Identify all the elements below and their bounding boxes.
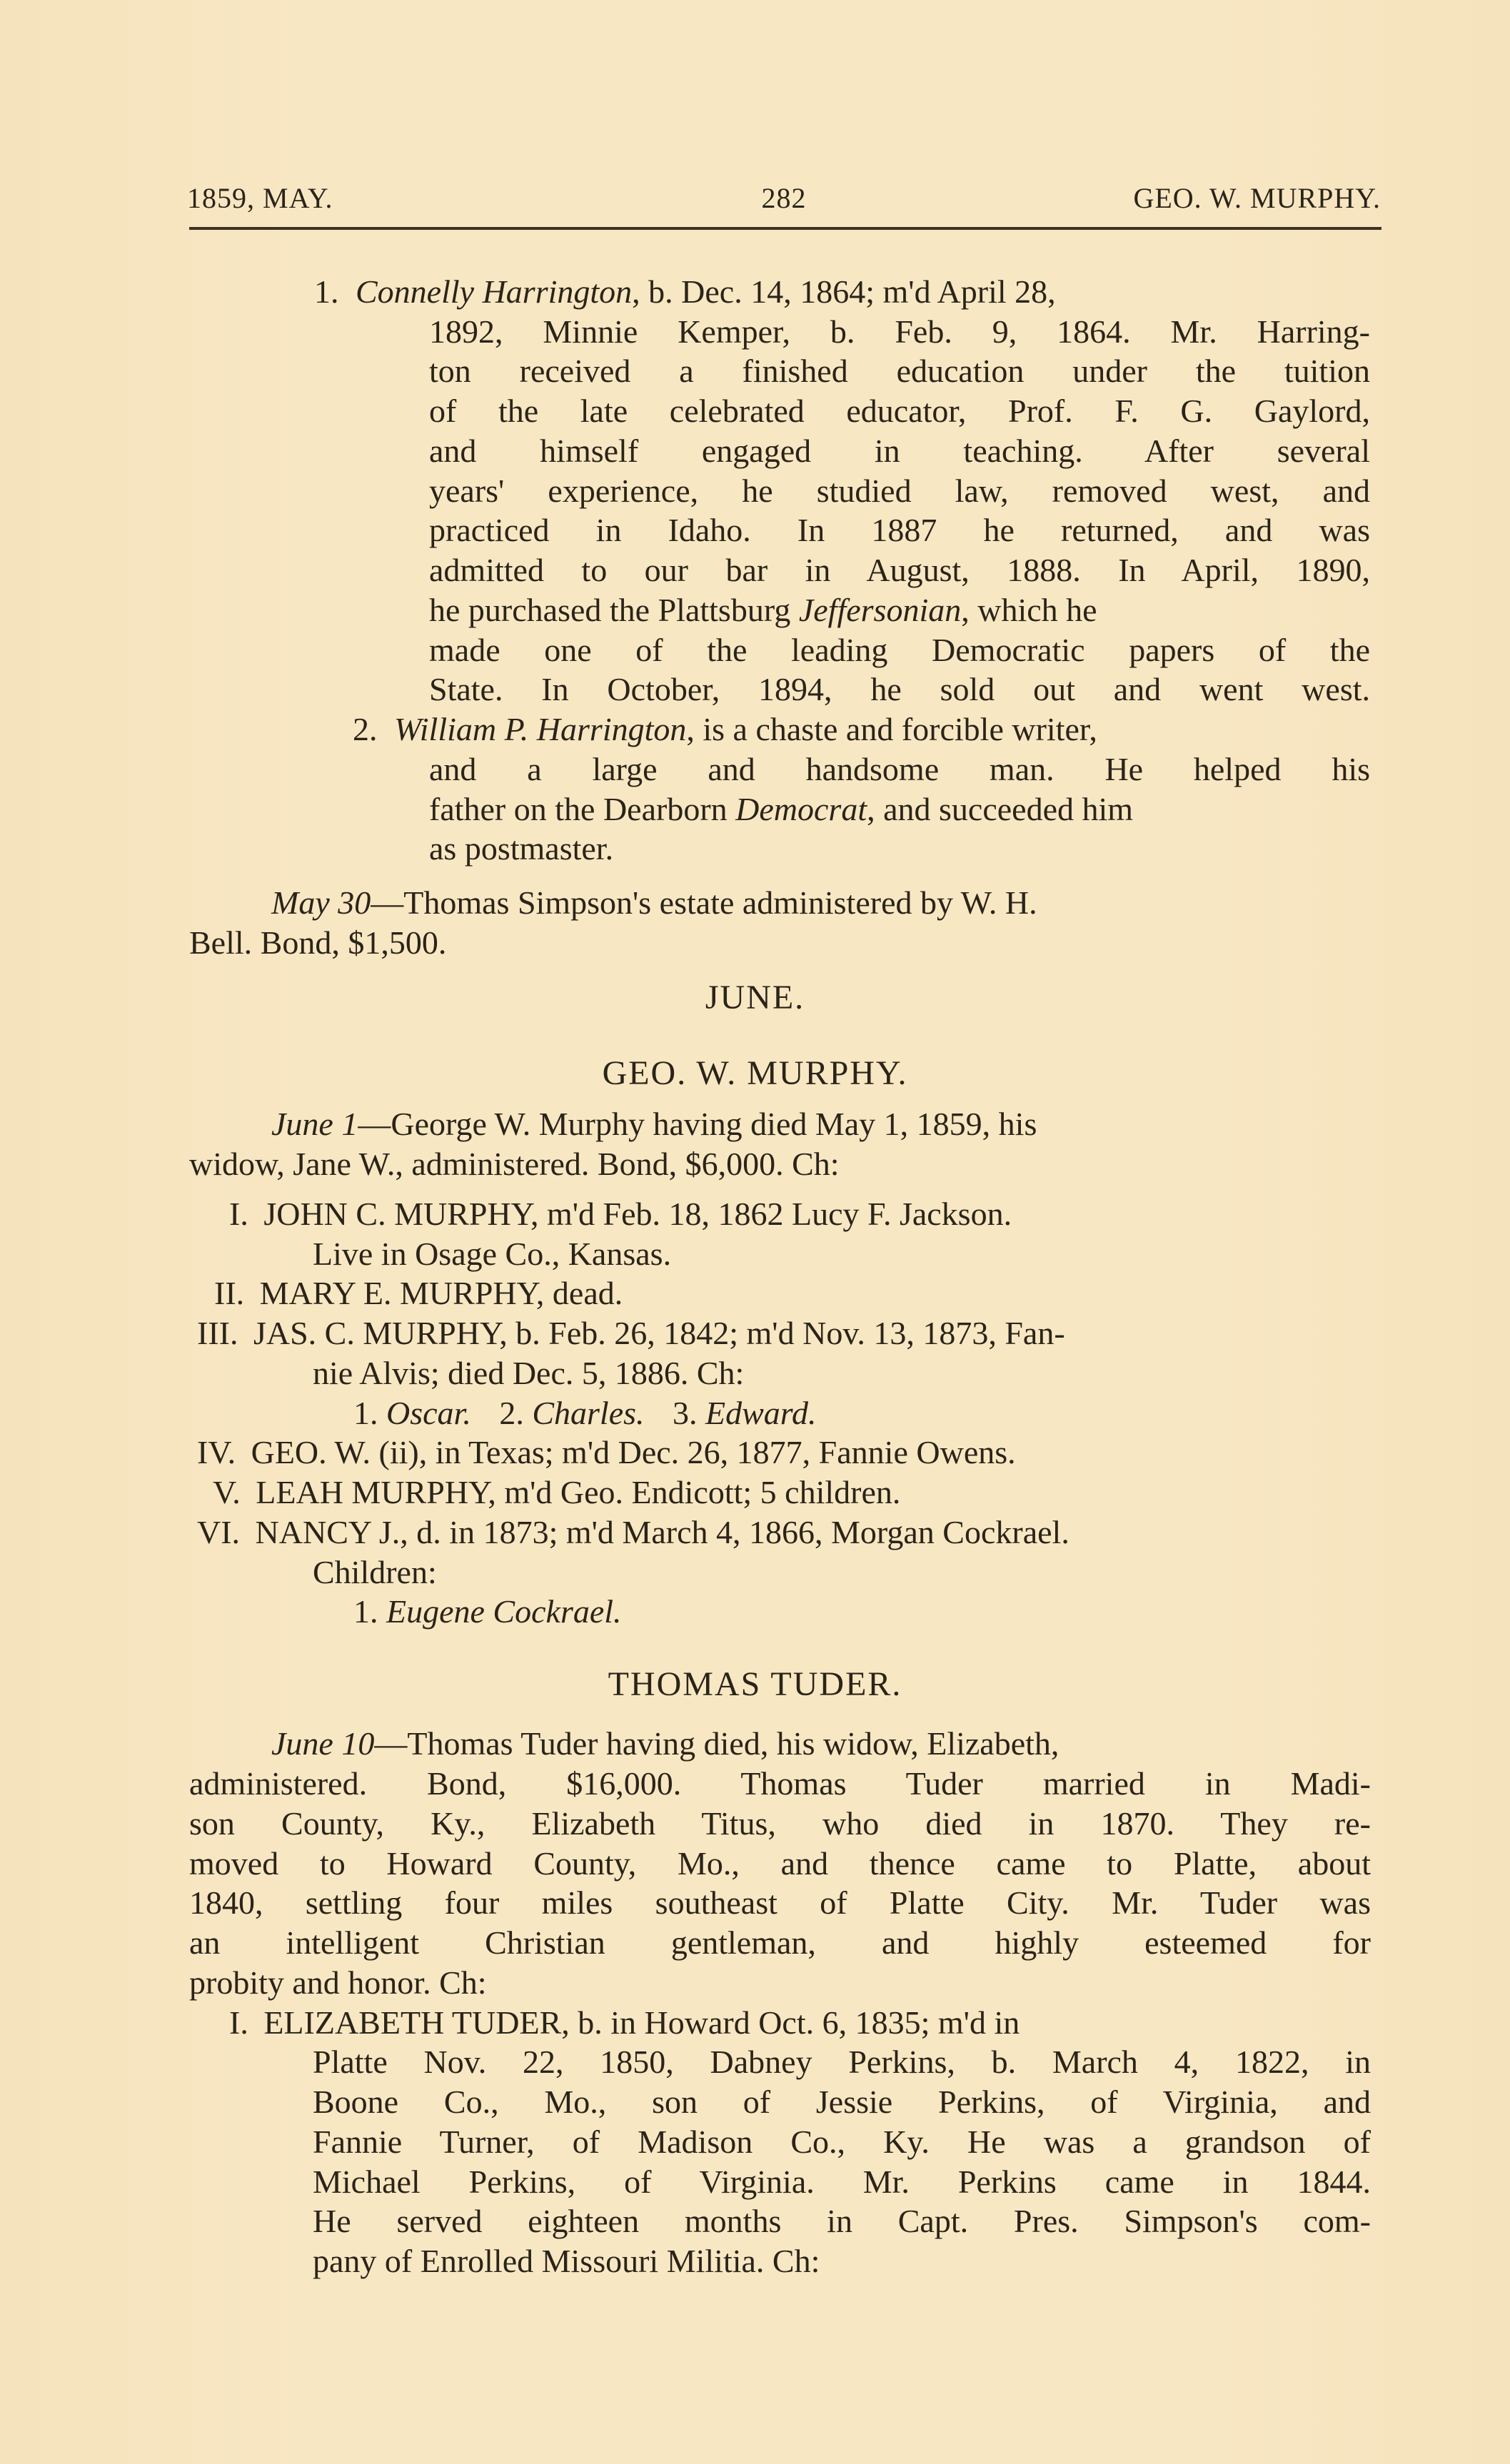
list-item: III. JAS. C. MURPHY, b. Feb. 26, 1842; m… — [197, 1313, 1065, 1353]
list-item: VI. NANCY J., d. in 1873; m'd March 4, 1… — [197, 1513, 1069, 1552]
text-line: State. In October, 1894, he sold out and… — [429, 670, 1370, 710]
text-line: June 1—George W. Murphy having died May … — [271, 1104, 1371, 1144]
text-span: GEO. W. (ii), in Texas; m'd Dec. 26, 187… — [251, 1434, 1016, 1470]
text-line: made one of the leading Democratic paper… — [429, 630, 1370, 670]
text-line: , b. Dec. 14, 1864; m'd April 28, — [632, 273, 1055, 310]
text-line: son County, Ky., Elizabeth Titus, who di… — [189, 1804, 1371, 1844]
text-span: —Thomas Simpson's estate administered by… — [371, 884, 1037, 921]
roman-numeral: III. — [197, 1315, 238, 1351]
roman-numeral: I. — [229, 1196, 248, 1232]
text-line: Boone Co., Mo., son of Jessie Perkins, o… — [313, 2082, 1371, 2122]
text-span: —George W. Murphy having died May 1, 185… — [358, 1106, 1037, 1142]
item-number: 2. — [499, 1395, 524, 1431]
month-heading: JUNE. — [0, 978, 1510, 1017]
text-span: , and succeeded him — [867, 791, 1133, 827]
text-line: and a large and handsome man. He helped … — [429, 749, 1370, 789]
book-page: 1859, MAY. 282 GEO. W. MURPHY. 1. Connel… — [0, 0, 1510, 2464]
list-item: I. JOHN C. MURPHY, m'd Feb. 18, 1862 Luc… — [229, 1194, 1012, 1234]
list-item: 1. Connelly Harrington, b. Dec. 14, 1864… — [314, 272, 1371, 312]
running-head: 1859, MAY. 282 GEO. W. MURPHY. — [187, 178, 1381, 218]
newspaper-name: Jeffersonian — [799, 592, 961, 628]
text-span: MARY E. MURPHY, dead. — [260, 1275, 623, 1311]
text-line: probity and honor. Ch: — [189, 1963, 487, 2003]
child-name: Edward. — [705, 1395, 816, 1431]
roman-numeral: I. — [229, 2004, 248, 2041]
text-span: , which he — [961, 592, 1097, 628]
text-line: Platte Nov. 22, 1850, Dabney Perkins, b.… — [313, 2042, 1371, 2082]
newspaper-name: Democrat — [735, 791, 867, 827]
section-heading-murphy: GEO. W. MURPHY. — [0, 1054, 1510, 1093]
text-line: administered. Bond, $16,000. Thomas Tude… — [189, 1764, 1371, 1804]
item-number: 3. — [673, 1395, 698, 1431]
text-line: as postmaster. — [429, 829, 613, 869]
text-span: father on the Dearborn — [429, 791, 735, 827]
text-line: he purchased the Plattsburg Jeffersonian… — [429, 590, 1370, 630]
list-item: IV. GEO. W. (ii), in Texas; m'd Dec. 26,… — [197, 1433, 1016, 1473]
text-span: ELIZABETH TUDER, b. in Howard Oct. 6, 18… — [263, 2004, 1020, 2041]
text-line: Michael Perkins, of Virginia. Mr. Perkin… — [313, 2162, 1371, 2202]
text-span: —Thomas Tuder having died, his widow, El… — [374, 1725, 1059, 1762]
child-name: William P. Harrington — [394, 711, 686, 747]
item-number: 1. — [353, 1593, 378, 1630]
list-item: I. ELIZABETH TUDER, b. in Howard Oct. 6,… — [229, 2003, 1371, 2043]
list-item: 2. William P. Harrington, is a chaste an… — [353, 710, 1371, 749]
text-line: , is a chaste and forcible writer, — [686, 711, 1097, 747]
list-item: II. MARY E. MURPHY, dead. — [214, 1273, 623, 1313]
section-heading-tuder: THOMAS TUDER. — [0, 1665, 1510, 1704]
text-line: Bell. Bond, $1,500. — [189, 923, 446, 963]
roman-numeral: IV. — [197, 1434, 236, 1470]
running-head-title: GEO. W. MURPHY. — [1133, 178, 1381, 218]
roman-numeral: V. — [213, 1474, 241, 1510]
text-line: pany of Enrolled Missouri Militia. Ch: — [313, 2241, 820, 2281]
entry-date: June 1 — [271, 1106, 358, 1142]
text-line: He served eighteen months in Capt. Pres.… — [313, 2201, 1371, 2241]
text-line: widow, Jane W., administered. Bond, $6,0… — [189, 1144, 840, 1184]
item-number: 1. — [353, 1395, 378, 1431]
text-line: nie Alvis; died Dec. 5, 1886. Ch: — [313, 1353, 744, 1393]
text-line: Children: — [313, 1552, 437, 1592]
header-rule — [189, 227, 1381, 230]
item-number: 1. — [314, 273, 339, 310]
text-line: father on the Dearborn Democrat, and suc… — [429, 789, 1370, 829]
list-item: V. LEAH MURPHY, m'd Geo. Endicott; 5 chi… — [213, 1473, 900, 1513]
nancy-children-list: 1. Eugene Cockrael. — [353, 1592, 622, 1632]
text-line: 1840, settling four miles southeast of P… — [189, 1883, 1371, 1923]
text-line: moved to Howard County, Mo., and thence … — [189, 1844, 1371, 1884]
text-span: JOHN C. MURPHY, m'd Feb. 18, 1862 Lucy F… — [263, 1196, 1012, 1232]
roman-numeral: VI. — [197, 1514, 240, 1550]
text-span: he purchased the Plattsburg — [429, 592, 799, 628]
child-name: Connelly Harrington — [356, 273, 632, 310]
item-number: 2. — [353, 711, 378, 747]
text-line: and himself engaged in teaching. After s… — [429, 431, 1370, 471]
text-span: NANCY J., d. in 1873; m'd March 4, 1866,… — [256, 1514, 1069, 1550]
entry-date: May 30 — [271, 884, 371, 921]
text-span: JAS. C. MURPHY, b. Feb. 26, 1842; m'd No… — [253, 1315, 1065, 1351]
text-line: Live in Osage Co., Kansas. — [313, 1234, 671, 1274]
text-span: LEAH MURPHY, m'd Geo. Endicott; 5 childr… — [256, 1474, 900, 1510]
text-line: admitted to our bar in August, 1888. In … — [429, 550, 1370, 590]
text-line: June 10—Thomas Tuder having died, his wi… — [271, 1724, 1371, 1764]
text-line: 1892, Minnie Kemper, b. Feb. 9, 1864. Mr… — [429, 312, 1370, 352]
child-name: Eugene Cockrael. — [386, 1593, 622, 1630]
text-line: practiced in Idaho. In 1887 he returned,… — [429, 510, 1370, 550]
child-name: Oscar. — [386, 1395, 471, 1431]
roman-numeral: II. — [214, 1275, 244, 1311]
jas-children-list: 1. Oscar. 2. Charles. 3. Edward. — [353, 1393, 817, 1433]
child-name: Charles. — [532, 1395, 644, 1431]
text-line: May 30—Thomas Simpson's estate administe… — [271, 883, 1371, 923]
entry-date: June 10 — [271, 1725, 374, 1762]
text-line: an intelligent Christian gentleman, and … — [189, 1923, 1371, 1963]
text-line: ton received a finished education under … — [429, 351, 1370, 391]
text-line: years' experience, he studied law, remov… — [429, 471, 1370, 511]
text-line: Fannie Turner, of Madison Co., Ky. He wa… — [313, 2122, 1371, 2162]
text-line: of the late celebrated educator, Prof. F… — [429, 391, 1370, 431]
